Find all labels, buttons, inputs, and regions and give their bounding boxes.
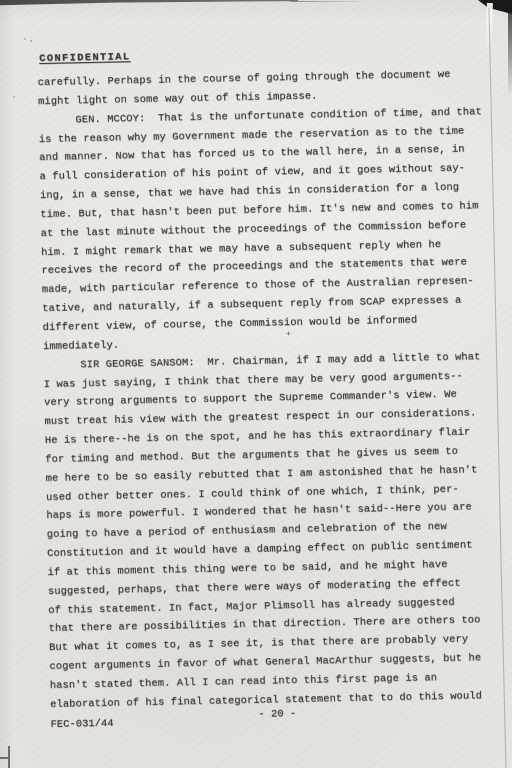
classification-header: CONFIDENTIAL [39,44,487,65]
page-number: - 20 - [258,708,296,721]
scan-artifact-top-right-corner [478,0,512,14]
scan-artifact-right-edge [508,0,512,96]
scan-artifact-top-edge-line [290,1,368,2]
scan-speck [30,40,32,42]
scan-artifact-bottom-left-corner-horizontal [0,757,9,759]
document-content: CONFIDENTIAL carefully. Perhaps in the c… [37,41,501,750]
document-number: FEC-031/44 [50,718,113,731]
scan-speck [13,96,15,98]
document-body: carefully. Perhaps in the course of goin… [38,68,501,718]
scanned-document-page: + CONFIDENTIAL carefully. Perhaps in the… [0,0,512,768]
scan-speck [24,38,26,40]
scan-artifact-top-edge [0,0,298,6]
